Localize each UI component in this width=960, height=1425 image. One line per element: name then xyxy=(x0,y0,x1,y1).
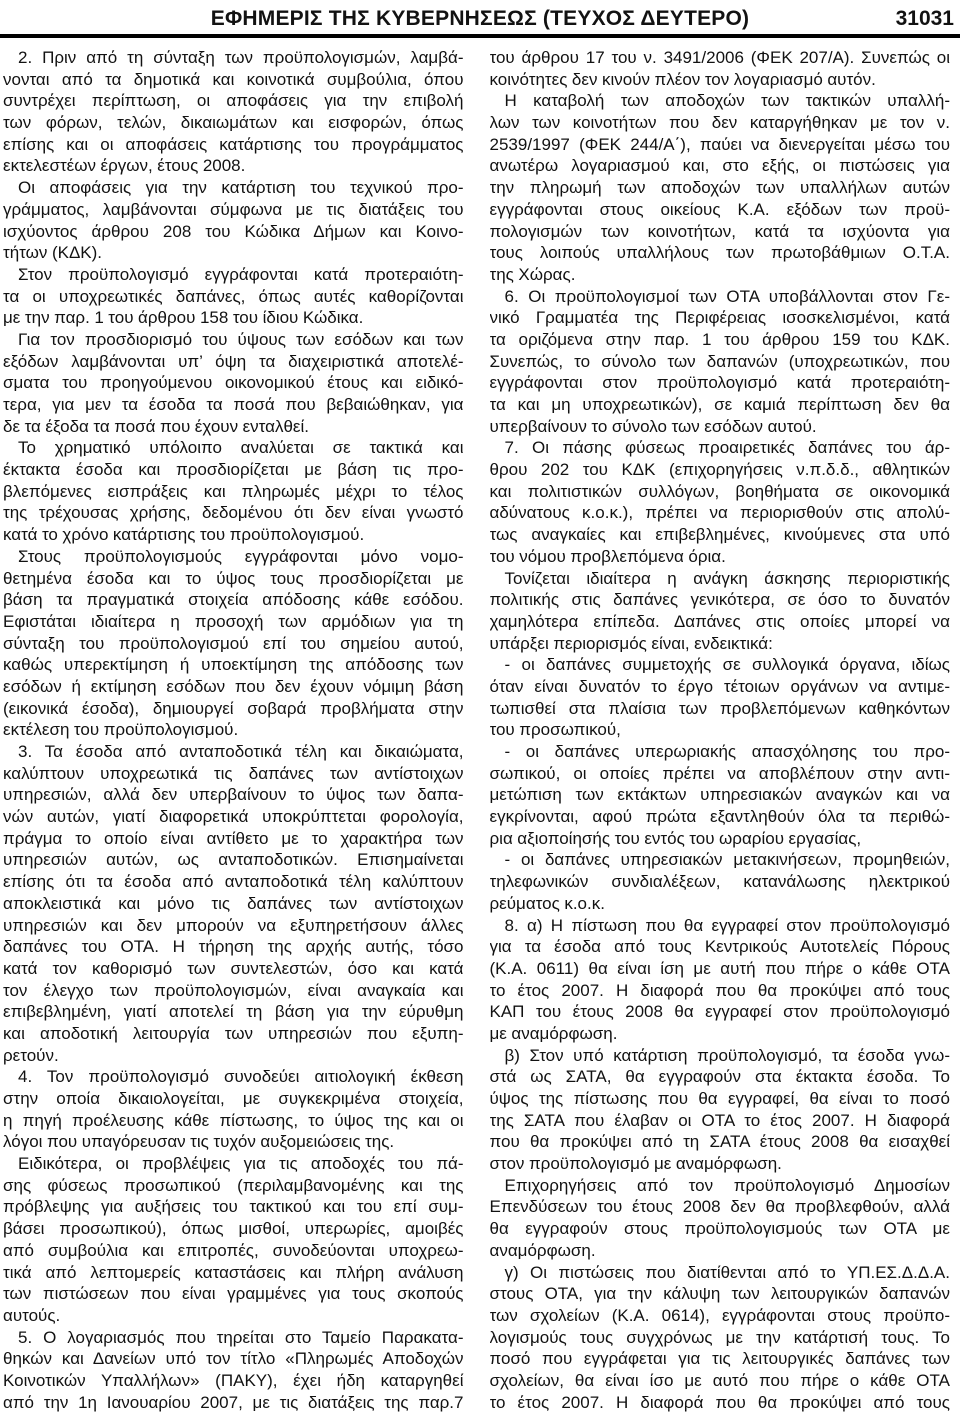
text-line: γ) Οι πιστώσεις που διατίθενται από το Υ… xyxy=(490,1262,951,1284)
text-line: Τονίζεται ιδιαίτερα η ανάγκη άσκησης περ… xyxy=(490,568,951,590)
text-line: τα και μη υποχρεωτικών), σε καμιά περίπτ… xyxy=(490,394,951,416)
text-line: θρου 202 του ΚΔΚ (επιχορηγήσεις ν.π.δ.δ.… xyxy=(490,459,951,481)
gazette-page: ΕΦΗΜΕΡΙΣ ΤΗΣ ΚΥΒΕΡΝΗΣΕΩΣ (ΤΕΥΧΟΣ ΔΕΥΤΕΡΟ… xyxy=(0,0,960,1425)
text-line: ποσό που εγγράφεται για τις λειτουργικές… xyxy=(490,1348,951,1370)
text-line: - οι δαπάνες συμμετοχής σε συλλογικά όργ… xyxy=(490,654,951,676)
paragraph: Το χρηματικό υπόλοιπο αναλύεται σε τακτι… xyxy=(3,437,464,545)
text-line: δαπάνες του ΟΤΑ. Η τήρηση της αρχής αυτή… xyxy=(3,936,464,958)
text-line: κατά τον καθορισμό των συντελεστών, όσο … xyxy=(3,958,464,980)
text-line: συντρέχει περίπτωση, οι αποφάσεις για τη… xyxy=(3,90,464,112)
paragraph: 2. Πριν από τη σύνταξη των προϋπολογισμώ… xyxy=(3,47,464,177)
text-line: πράγμα το οποίο είναι αντίθετο με το χαρ… xyxy=(3,828,464,850)
text-line: 5. Ο λογαριασμός που τηρείται στο Ταμείο… xyxy=(3,1327,464,1349)
text-line: νών αυτών, γιατί διαφορετικά υποκρύπτετα… xyxy=(3,806,464,828)
paragraph: Η καταβολή των αποδοχών των τακτικών υπα… xyxy=(490,90,951,285)
text-line: (εικονικά έσοδα), δημιουργεί σοβαρά προβ… xyxy=(3,698,464,720)
paragraph: 8. α) Η πίστωση που θα εγγραφεί στον προ… xyxy=(490,915,951,1045)
text-line: πρόβλεψης για αυξήσεις του τακτικού και … xyxy=(3,1196,464,1218)
text-line: βάση τα πραγματικά στοιχεία απόδοσης κάθ… xyxy=(3,589,464,611)
text-line: τους λοιπούς υπαλλήλους των πρωτοβάθμιων… xyxy=(490,242,951,264)
text-line: εγγράφονται στους οικείους Κ.Α. εξόδων τ… xyxy=(490,199,951,221)
text-line: 7. Οι πάσης φύσεως προαιρετικές δαπάνες … xyxy=(490,437,951,459)
text-line: το έτος 2007. Η διαφορά που θα προκύψει … xyxy=(490,1392,951,1414)
text-line: 4. Τον προϋπολογισμό συνοδεύει αιτιολογι… xyxy=(3,1066,464,1088)
text-line: ισχύοντος άρθρου 208 του Κώδικα Δήμων κα… xyxy=(3,221,464,243)
text-line: τως αναγκαίες και επιβεβλημένες, κινούμε… xyxy=(490,524,951,546)
text-line: ρετούν. xyxy=(3,1045,464,1067)
text-line: του άρθρου 17 του ν. 3491/2006 (ΦΕΚ 207/… xyxy=(490,47,951,69)
text-line: Στον προϋπολογισμό εγγράφονται κατά προτ… xyxy=(3,264,464,286)
text-line: καλύπτουν υποχρεωτικά τις δαπάνες των αν… xyxy=(3,763,464,785)
text-line: αναμόρφωση. xyxy=(490,1240,951,1262)
text-line: καθώς υπερεκτίμηση ή υποεκτίμηση της από… xyxy=(3,654,464,676)
text-line: υπερβαίνουν το σύνολο των εσόδων αυτού. xyxy=(490,416,951,438)
paragraph: 3. Τα έσοδα από ανταποδοτικά τέλη και δι… xyxy=(3,741,464,1066)
text-line: εκτέλεση του προϋπολογισμού. xyxy=(3,719,464,741)
text-line: Η καταβολή των αποδοχών των τακτικών υπα… xyxy=(490,90,951,112)
paragraph: 5. Ο λογαριασμός που τηρείται στο Ταμείο… xyxy=(3,1327,464,1414)
text-line: θηκών και Δανείων υπό τον τίτλο «Πληρωμέ… xyxy=(3,1348,464,1370)
text-line: (Κ.Α. 0611) θα είναι ίση με αυτή που πήρ… xyxy=(490,958,951,980)
text-line: Ειδικότερα, οι προβλέψεις για τις αποδοχ… xyxy=(3,1153,464,1175)
text-line: λων των κοινοτήτων που δεν καταργήθηκαν … xyxy=(490,112,951,134)
text-line: λογισμούς τους συγχρόνως με την κατάρτισ… xyxy=(490,1327,951,1349)
text-line: ΚΑΠ του έτους 2008 θα εγγραφεί στον προϋ… xyxy=(490,1001,951,1023)
text-line: υπηρεσιών, αλλά δεν υπερβαίνουν το ύψος … xyxy=(3,784,464,806)
text-line: από συμβούλια και επιτροπές, συνοδεύοντα… xyxy=(3,1240,464,1262)
text-line: δε τα έξοδα τα ποσά που έχουν ενταλθεί. xyxy=(3,416,464,438)
text-line: και αποδοτική λειτουργία των υπηρεσιών π… xyxy=(3,1023,464,1045)
text-line: γράμματος, λαμβάνονται σύμφωνα με τις δι… xyxy=(3,199,464,221)
page-number: 31031 xyxy=(896,7,954,31)
text-line: Οι αποφάσεις για την κατάρτιση του τεχνι… xyxy=(3,177,464,199)
text-line: σματα του προηγούμενου οικονομικού έτους… xyxy=(3,372,464,394)
text-line: το έτος 2007. Η διαφορά που θα προκύψει … xyxy=(490,980,951,1002)
text-line: σύνταξη του προϋπολογισμού επί του σημεί… xyxy=(3,633,464,655)
paragraph: 6. Οι προϋπολογισμοί των ΟΤΑ υποβάλλοντα… xyxy=(490,286,951,438)
paragraph: Στον προϋπολογισμό εγγράφονται κατά προτ… xyxy=(3,264,464,329)
text-line: στά ως ΣΑΤΑ, θα εγγραφούν στα έκτακτα έσ… xyxy=(490,1066,951,1088)
text-line: που θα προκύψει από τη ΣΑΤΑ έτους 2008 θ… xyxy=(490,1131,951,1153)
paragraph: 7. Οι πάσης φύσεως προαιρετικές δαπάνες … xyxy=(490,437,951,567)
left-column: 2. Πριν από τη σύνταξη των προϋπολογισμώ… xyxy=(3,47,464,1413)
text-line: των φόρων, τελών, δικαιωμάτων και εισφορ… xyxy=(3,112,464,134)
text-line: θετημένα έσοδα και το ύψος τους προσδιορ… xyxy=(3,568,464,590)
text-line: επίσης ότι τα έσοδα από ανταποδοτικά τέλ… xyxy=(3,871,464,893)
text-line: τήτων (ΚΔΚ). xyxy=(3,242,464,264)
right-column: του άρθρου 17 του ν. 3491/2006 (ΦΕΚ 207/… xyxy=(490,47,951,1413)
paragraph: β) Στον υπό κατάρτιση προϋπολογισμό, τα … xyxy=(490,1045,951,1175)
text-line: εκτελεστέων έργων, έτους 2008. xyxy=(3,155,464,177)
text-line: σχολείων, θα είναι ίσο με αυτό που πήρε … xyxy=(490,1370,951,1392)
text-line: εγγράφονται στον προϋπολογισμό κατά προτ… xyxy=(490,372,951,394)
text-line: κοινότητες δεν κινούν πλέον τον λογαριασ… xyxy=(490,69,951,91)
text-line: Το χρηματικό υπόλοιπο αναλύεται σε τακτι… xyxy=(3,437,464,459)
text-line: θα εγγραφούν στους προϋπολογισμούς των Ο… xyxy=(490,1218,951,1240)
paragraph: γ) Οι πιστώσεις που διατίθενται από το Υ… xyxy=(490,1262,951,1414)
text-line: την πληρωμή των αποδοχών των υπαλλήλων α… xyxy=(490,177,951,199)
text-line: Στους προϋπολογισμούς εγγράφονται μόνο ν… xyxy=(3,546,464,568)
text-line: βάσει προσωπικού), όπως μισθοί, υπερωρίε… xyxy=(3,1218,464,1240)
text-line: μετώπιση των εκτάκτων υπηρεσιακών αναγκώ… xyxy=(490,784,951,806)
paragraph: - οι δαπάνες υπηρεσιακών μετακινήσεων, π… xyxy=(490,849,951,914)
text-line: τον έλεγχο των προϋπολογισμών, είναι ανα… xyxy=(3,980,464,1002)
text-line: σης φύσεως προσωπικού (περιλαμβανομένης … xyxy=(3,1175,464,1197)
text-line: της ΣΑΤΑ που έλαβαν οι ΟΤΑ το έτος 2007.… xyxy=(490,1110,951,1132)
paragraph: Για τον προσδιορισμό του ύψους των εσόδω… xyxy=(3,329,464,437)
text-line: ρεύματος κ.ο.κ. xyxy=(490,893,951,915)
document-body: 2. Πριν από τη σύνταξη των προϋπολογισμώ… xyxy=(0,38,960,1413)
text-line: 8. α) Η πίστωση που θα εγγραφεί στον προ… xyxy=(490,915,951,937)
text-line: τερα, για μεν τα έσοδα τα ποσά που βεβαι… xyxy=(3,394,464,416)
text-line: του προσωπικού, xyxy=(490,719,951,741)
paragraph: Τονίζεται ιδιαίτερα η ανάγκη άσκησης περ… xyxy=(490,568,951,655)
text-line: στην οποία δικαιολογείται, με συγκεκριμέ… xyxy=(3,1088,464,1110)
text-line: ύψος της πίστωσης που θα εγγραφεί, θα εί… xyxy=(490,1088,951,1110)
text-line: τικά από λεπτομερείς καταστάσεις και πλή… xyxy=(3,1262,464,1284)
text-line: τα οριζόμενα στην παρ. 1 του άρθρου 159 … xyxy=(490,329,951,351)
text-line: 2539/1997 (ΦΕΚ 244/Α΄), παύει να διενεργ… xyxy=(490,134,951,156)
text-line: στον προϋπολογισμό με αναμόρφωση. xyxy=(490,1153,951,1175)
text-line: υπηρεσιών και δεν μπορούν να εξυπηρετήσο… xyxy=(3,915,464,937)
text-line: της Χώρας. xyxy=(490,264,951,286)
paragraph: - οι δαπάνες υπερωριακής απασχόλησης του… xyxy=(490,741,951,849)
text-line: εγκρίνονται, αφού πρώτα εξαντληθούν όλα … xyxy=(490,806,951,828)
text-line: πολογισμών των κοινοτήτων, κατά τα ισχύο… xyxy=(490,221,951,243)
text-line: με αναμόρφωση. xyxy=(490,1023,951,1045)
text-line: των πιστώσεων που είναι γραμμένες για το… xyxy=(3,1283,464,1305)
text-line: ανωτέρω λογαριασμού και, στο εξής, οι πι… xyxy=(490,155,951,177)
text-line: - οι δαπάνες υπερωριακής απασχόλησης του… xyxy=(490,741,951,763)
text-line: στους ΟΤΑ, για την κάλυψη των λειτουργικ… xyxy=(490,1283,951,1305)
text-line: της τρέχουσας χρήσης, δεδομένου ότι δεν … xyxy=(3,502,464,524)
text-line: επιβεβλημένη, γιατί αποτελεί τη βάση για… xyxy=(3,1001,464,1023)
text-line: η πηγή προέλευσης κάθε πίστωσης, το ύψος… xyxy=(3,1110,464,1132)
text-line: εξόδων λαμβάνονται υπ’ όψη τα διαχειριστ… xyxy=(3,351,464,373)
text-line: Εφιστάται ιδιαίτερα η προσοχή των αρμόδι… xyxy=(3,611,464,633)
header-rule xyxy=(0,34,960,38)
text-line: υπηρεσιών αυτών, ως ανταποδοτικών. Επιση… xyxy=(3,849,464,871)
text-line: χαμηλότερα επίπεδα. Δαπάνες στις οποίες … xyxy=(490,611,951,633)
text-line: για τα έσοδα από τους Κεντρικούς Αυτοτελ… xyxy=(490,936,951,958)
text-line: από την 1η Ιανουαρίου 2007, με τις διατά… xyxy=(3,1392,464,1414)
text-line: 6. Οι προϋπολογισμοί των ΟΤΑ υποβάλλοντα… xyxy=(490,286,951,308)
text-line: αδύνατους κ.ο.κ.), πρέπει να περιορισθού… xyxy=(490,502,951,524)
text-line: όταν είναι δυνατόν το έργο τέτοιων οργάν… xyxy=(490,676,951,698)
text-line: β) Στον υπό κατάρτιση προϋπολογισμό, τα … xyxy=(490,1045,951,1067)
paragraph: Οι αποφάσεις για την κατάρτιση του τεχνι… xyxy=(3,177,464,264)
text-line: εσόδων ή εκτίμηση εσόδων που δεν έχουν ν… xyxy=(3,676,464,698)
text-line: Κοινοτικών Υπαλλήλων» (ΠΑΚΥ), έχει ήδη κ… xyxy=(3,1370,464,1392)
text-line: του νόμου προβλεπόμενα όρια. xyxy=(490,546,951,568)
paragraph: - οι δαπάνες συμμετοχής σε συλλογικά όργ… xyxy=(490,654,951,741)
text-line: Συνεπώς, το σύνολο των δαπανών (υποχρεωτ… xyxy=(490,351,951,373)
text-line: τωπισθεί στα πλαίσια των προβλεπόμενων κ… xyxy=(490,698,951,720)
text-line: με την παρ. 1 του άρθρου 158 του ίδιου Κ… xyxy=(3,307,464,329)
text-line: νονται από τα δημοτικά και κοινοτικά συμ… xyxy=(3,69,464,91)
text-line: Επιχορηγήσεις από τον προϋπολογισμό Δημο… xyxy=(490,1175,951,1197)
paragraph: Στους προϋπολογισμούς εγγράφονται μόνο ν… xyxy=(3,546,464,741)
text-line: αποκλειστικά και μόνο τις δαπάνες των αν… xyxy=(3,893,464,915)
text-line: αυτούς. xyxy=(3,1305,464,1327)
text-line: έκτακτα έσοδα και προσδιορίζεται με βάση… xyxy=(3,459,464,481)
text-line: λόγοι που υπαγόρευσαν τις τυχόν αυξομειώ… xyxy=(3,1131,464,1153)
text-line: Για τον προσδιορισμό του ύψους των εσόδω… xyxy=(3,329,464,351)
paragraph: 4. Τον προϋπολογισμό συνοδεύει αιτιολογι… xyxy=(3,1066,464,1153)
text-line: και πολιτιστικών συλλόγων, βοηθήματα σε … xyxy=(490,481,951,503)
page-header: ΕΦΗΜΕΡΙΣ ΤΗΣ ΚΥΒΕΡΝΗΣΕΩΣ (ΤΕΥΧΟΣ ΔΕΥΤΕΡΟ… xyxy=(0,0,960,38)
paragraph: Ειδικότερα, οι προβλέψεις για τις αποδοχ… xyxy=(3,1153,464,1327)
text-line: των σχολείων (Κ.Α. 0614), εγγράφονται στ… xyxy=(490,1305,951,1327)
page-title: ΕΦΗΜΕΡΙΣ ΤΗΣ ΚΥΒΕΡΝΗΣΕΩΣ (ΤΕΥΧΟΣ ΔΕΥΤΕΡΟ… xyxy=(0,7,960,31)
text-line: τα οι υποχρεωτικές δαπάνες, όπως αυτές κ… xyxy=(3,286,464,308)
text-line: - οι δαπάνες υπηρεσιακών μετακινήσεων, π… xyxy=(490,849,951,871)
paragraph: Επιχορηγήσεις από τον προϋπολογισμό Δημο… xyxy=(490,1175,951,1262)
text-line: βλεπόμενες εισπράξεις και πληρωμές μέχρι… xyxy=(3,481,464,503)
paragraph: του άρθρου 17 του ν. 3491/2006 (ΦΕΚ 207/… xyxy=(490,47,951,90)
text-line: τηλεφωνικών συνδιαλέξεων, κατανάλωσης ηλ… xyxy=(490,871,951,893)
text-line: σωπικού, οι οποίες πρέπει να αποβλέπουν … xyxy=(490,763,951,785)
text-line: υπάρξει περιορισμός είναι, ενδεικτικά: xyxy=(490,633,951,655)
text-line: νικό Γραμματέα της Περιφέρειας ισοσκελισ… xyxy=(490,307,951,329)
text-line: ρια αξιοποίησής του εντός του ωραρίου ερ… xyxy=(490,828,951,850)
text-line: 3. Τα έσοδα από ανταποδοτικά τέλη και δι… xyxy=(3,741,464,763)
text-line: κατά το χρόνο κατάρτισης του προϋπολογισ… xyxy=(3,524,464,546)
text-line: Επενδύσεων του έτους 2008 δεν θα προβλεφ… xyxy=(490,1196,951,1218)
text-line: επίσης και οι αποφάσεις κατάρτισης του π… xyxy=(3,134,464,156)
text-line: πολιτικής στις δαπάνες γενικότερα, σε όσ… xyxy=(490,589,951,611)
text-line: 2. Πριν από τη σύνταξη των προϋπολογισμώ… xyxy=(3,47,464,69)
